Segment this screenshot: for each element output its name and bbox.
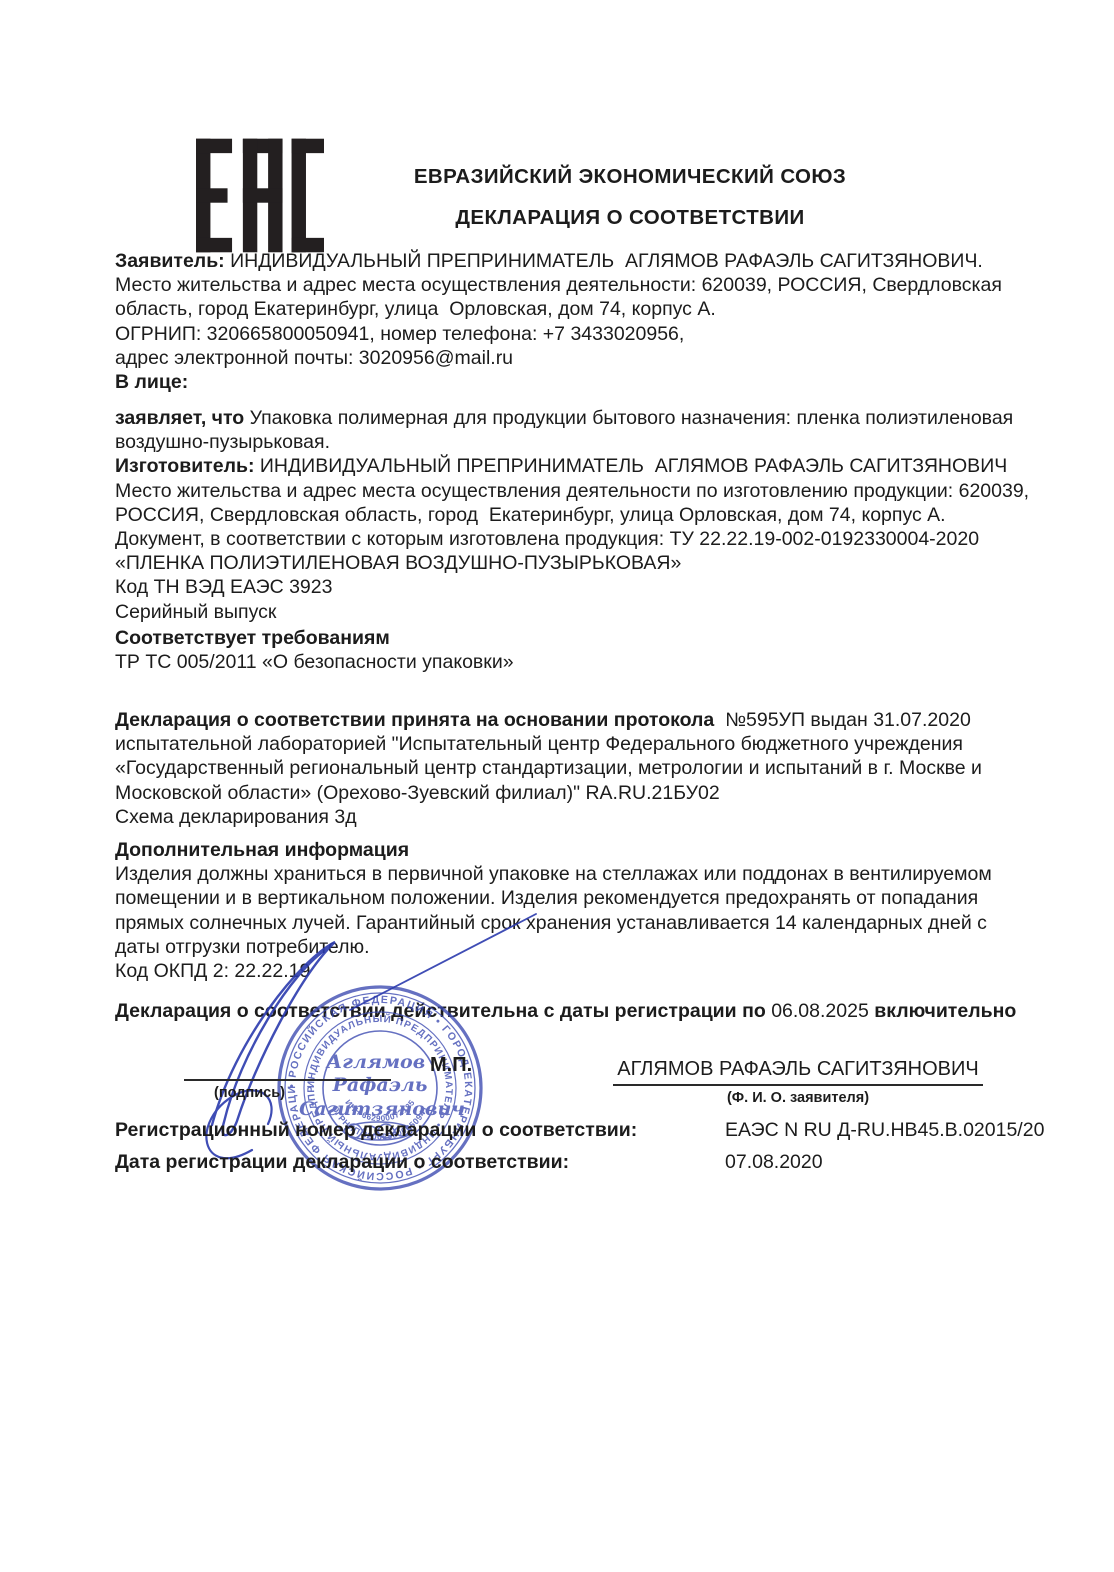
text-line: Московской области» (Орехово-Зуевский фи… [115,781,1080,805]
protocol-section: Декларация о соответствии принята на осн… [115,708,1080,829]
text-line: «Государственный региональный центр стан… [115,756,1080,780]
applicant-fio: АГЛЯМОВ РАФАЭЛЬ САГИТЗЯНОВИЧ [613,1058,982,1086]
applicant-section: Заявитель: ИНДИВИДУАЛЬНЫЙ ПРЕПРИНИМАТЕЛЬ… [115,249,1080,394]
registration-number-label: Регистрационный номер декларации о соотв… [115,1119,637,1142]
registration-number-value: ЕАЭС N RU Д-RU.НВ45.В.02015/20 [725,1119,1044,1142]
title-union: ЕВРАЗИЙСКИЙ ЭКОНОМИЧЕСКИЙ СОЮЗ [300,156,960,197]
text-line: Серийный выпуск [115,600,1080,624]
product-section: заявляет, что Упаковка полимерная для пр… [115,406,1080,624]
text-line: Дополнительная информация [115,838,1080,862]
signature-caption: (подпись) [214,1085,285,1101]
text-line: Документ, в соответствии с которым изгот… [115,527,1080,551]
text-line: Изделия должны храниться в первичной упа… [115,862,1080,886]
text-line: Код ТН ВЭД ЕАЭС 3923 [115,575,1080,599]
text-line: воздушно-пузырьковая. [115,430,1080,454]
text-line: Место жительства и адрес места осуществл… [115,479,1080,503]
signature-line [184,1079,391,1081]
applicant-fio-block: АГЛЯМОВ РАФАЭЛЬ САГИТЗЯНОВИЧ (Ф. И. О. з… [596,1058,1000,1106]
stamp-place-label: М.П. [430,1054,472,1077]
text-line: В лице: [115,370,1080,394]
text-line: Декларация о соответствии принята на осн… [115,708,1080,732]
registration-date-value: 07.08.2020 [725,1151,823,1174]
text-line: ОГРНИП: 320665800050941, номер телефона:… [115,322,1080,346]
requirements-section: Соответствует требованиямТР ТС 005/2011 … [115,626,1080,674]
text-line: испытательной лабораторией "Испытательны… [115,732,1080,756]
text-line: область, город Екатеринбург, улица Орлов… [115,297,1080,321]
text-line: Место жительства и адрес места осуществл… [115,273,1080,297]
text-line: РОССИЯ, Свердловская область, город Екат… [115,503,1080,527]
text-line: ТР ТС 005/2011 «О безопасности упаковки» [115,650,1080,674]
text-line: «ПЛЕНКА ПОЛИЭТИЛЕНОВАЯ ВОЗДУШНО-ПУЗЫРЬКО… [115,551,1080,575]
text-line: заявляет, что Упаковка полимерная для пр… [115,406,1080,430]
declaration-document: ЕВРАЗИЙСКИЙ ЭКОНОМИЧЕСКИЙ СОЮЗ ДЕКЛАРАЦИ… [0,0,1114,1572]
text-line: Схема декларирования 3д [115,805,1080,829]
text-line: Заявитель: ИНДИВИДУАЛЬНЫЙ ПРЕПРИНИМАТЕЛЬ… [115,249,1080,273]
applicant-fio-caption: (Ф. И. О. заявителя) [596,1090,1000,1106]
text-line: адрес электронной почты: 3020956@mail.ru [115,346,1080,370]
document-title: ЕВРАЗИЙСКИЙ ЭКОНОМИЧЕСКИЙ СОЮЗ ДЕКЛАРАЦИ… [300,156,960,238]
title-declaration: ДЕКЛАРАЦИЯ О СООТВЕТСТВИИ [300,197,960,238]
text-line: Изготовитель: ИНДИВИДУАЛЬНЫЙ ПРЕПРИНИМАТ… [115,454,1080,478]
registration-date-label: Дата регистрации декларации о соответств… [115,1151,569,1174]
text-line: Соответствует требованиям [115,626,1080,650]
